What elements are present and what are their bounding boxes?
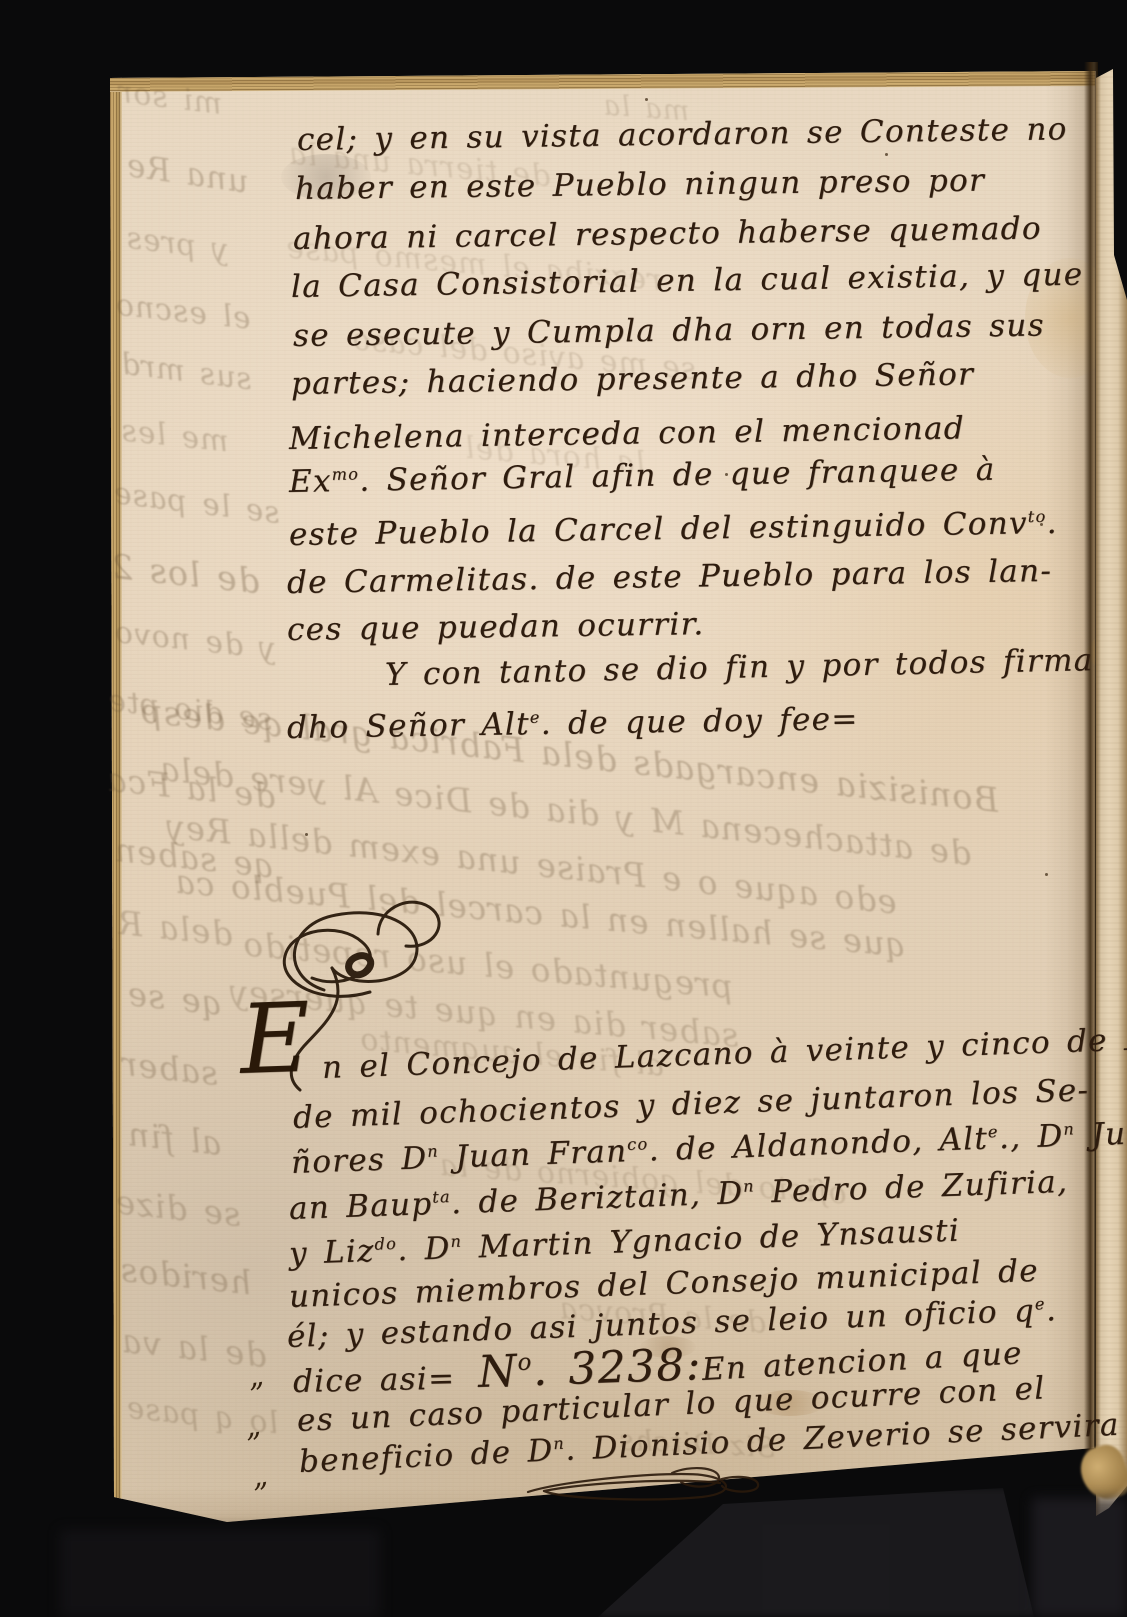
ink-speck bbox=[1045, 873, 1048, 876]
ink-speck bbox=[885, 153, 888, 156]
manuscript-line: ces que puedan ocurrir. bbox=[287, 606, 705, 648]
initial-letter: E bbox=[238, 982, 312, 1096]
facing-page-corner-curl bbox=[1075, 1440, 1127, 1505]
table-shadow bbox=[60, 1530, 380, 1617]
table-shadow bbox=[598, 1488, 1034, 1617]
manuscript-photo: mi soruna Rey presel escnosus mrdme less… bbox=[0, 0, 1127, 1617]
manuscript-line: dice asi= bbox=[293, 1361, 456, 1400]
page-gutter-crease bbox=[1084, 62, 1098, 1454]
facing-page-strip bbox=[1096, 58, 1127, 1524]
table-shadow bbox=[1032, 1498, 1127, 1617]
